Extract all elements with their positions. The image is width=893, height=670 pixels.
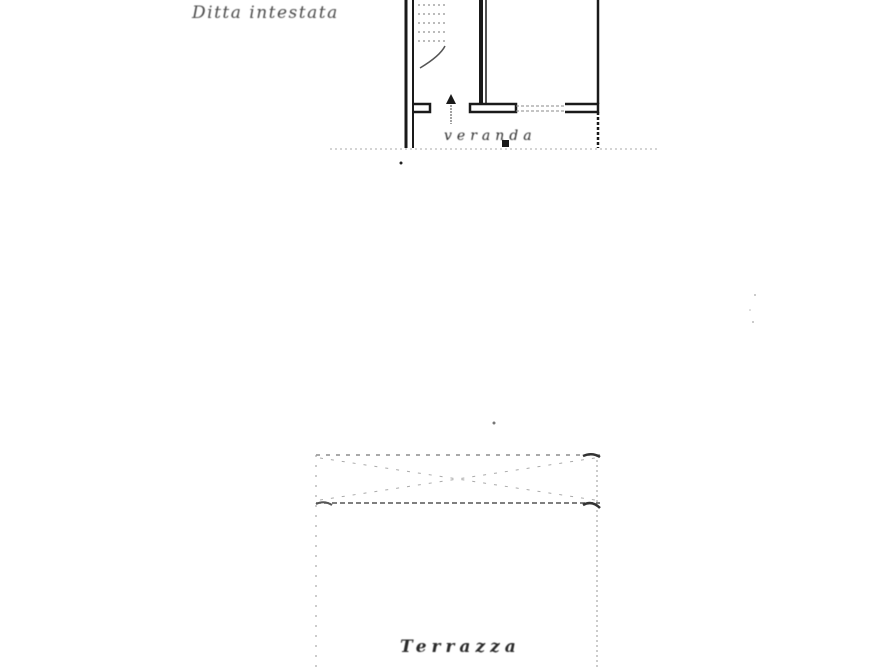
entry-arrow-icon: [446, 94, 456, 124]
veranda-label: veranda: [444, 128, 537, 144]
stairs: [418, 5, 445, 68]
terrace-label: Terrazza: [400, 637, 521, 657]
floor-plan-drawing: [0, 0, 893, 670]
scan-specks: [493, 294, 757, 425]
upper-block-walls: [406, 0, 598, 148]
dot-mark: [400, 162, 403, 165]
door-threshold: [516, 106, 565, 111]
neighbor-label: Ditta intestata: [192, 3, 339, 23]
